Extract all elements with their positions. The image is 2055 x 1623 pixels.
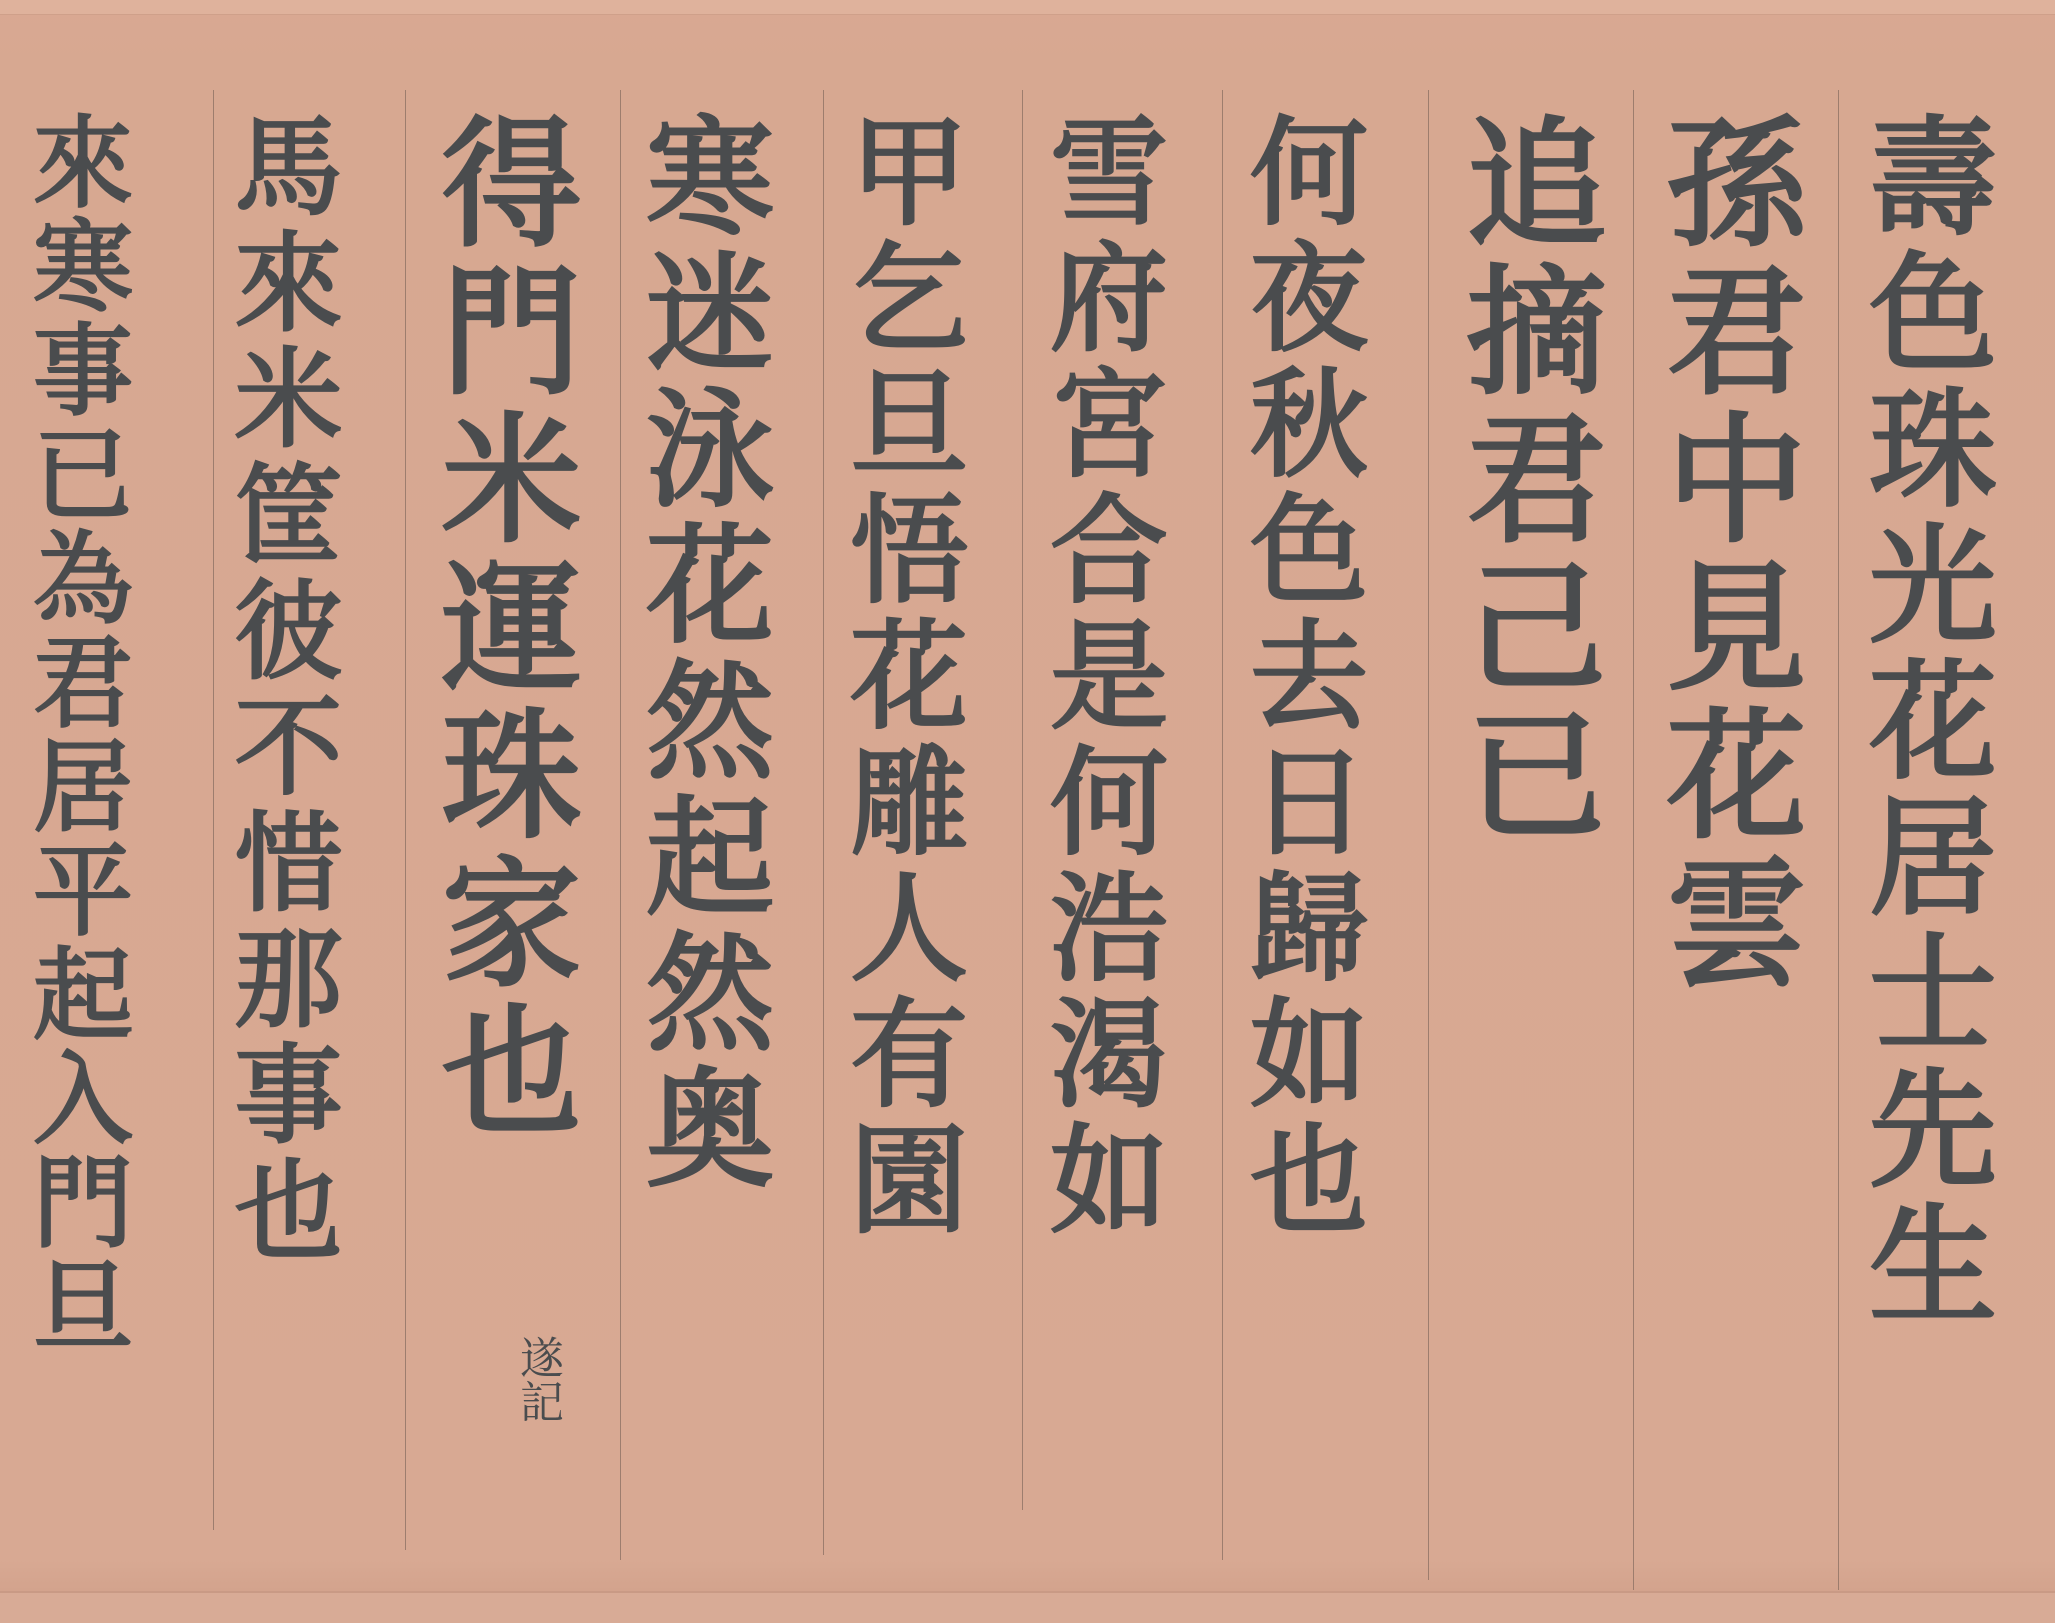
column-rule — [620, 90, 621, 1560]
column-rule — [405, 90, 406, 1550]
calligraphy-column-7: 寒迷泳花然起然奥 — [635, 110, 763, 1198]
column-rule — [1838, 90, 1839, 1590]
column-rule — [1428, 90, 1429, 1580]
column-rule — [213, 90, 214, 1530]
calligraphy-column-5: 雪府宮合是何浩渴如 — [1040, 110, 1158, 1244]
calligraphy-column-2: 孫君中見花雲 — [1655, 110, 1795, 998]
calligraphy-column-9: 馬來米筐彼不惜那事也 — [225, 110, 333, 1270]
column-rule — [823, 90, 824, 1555]
calligraphy-column-3: 追摘君己已 — [1455, 110, 1595, 850]
calligraphy-column-8: 得門米運珠家也 — [430, 110, 570, 1146]
small-annotation: 遂記 — [505, 1335, 569, 1423]
scroll-top-edge — [0, 0, 2055, 15]
scroll-bottom-edge — [0, 1591, 2055, 1623]
calligraphy-scroll: 壽色珠光花居士先生 孫君中見花雲 追摘君己已 何夜秋色去日歸如也 雪府宮合是何浩… — [0, 0, 2055, 1623]
calligraphy-column-1: 壽色珠光花居士先生 — [1858, 110, 1986, 1334]
column-rule — [1022, 90, 1023, 1510]
calligraphy-column-4: 何夜秋色去日歸如也 — [1240, 110, 1358, 1244]
calligraphy-column-6: 甲乞旦悟花雕人有園 — [840, 110, 958, 1244]
column-rule — [1633, 90, 1634, 1590]
column-rule — [1222, 90, 1223, 1560]
calligraphy-column-10: 來寒事已為君居平起入門旦 — [25, 110, 125, 1358]
